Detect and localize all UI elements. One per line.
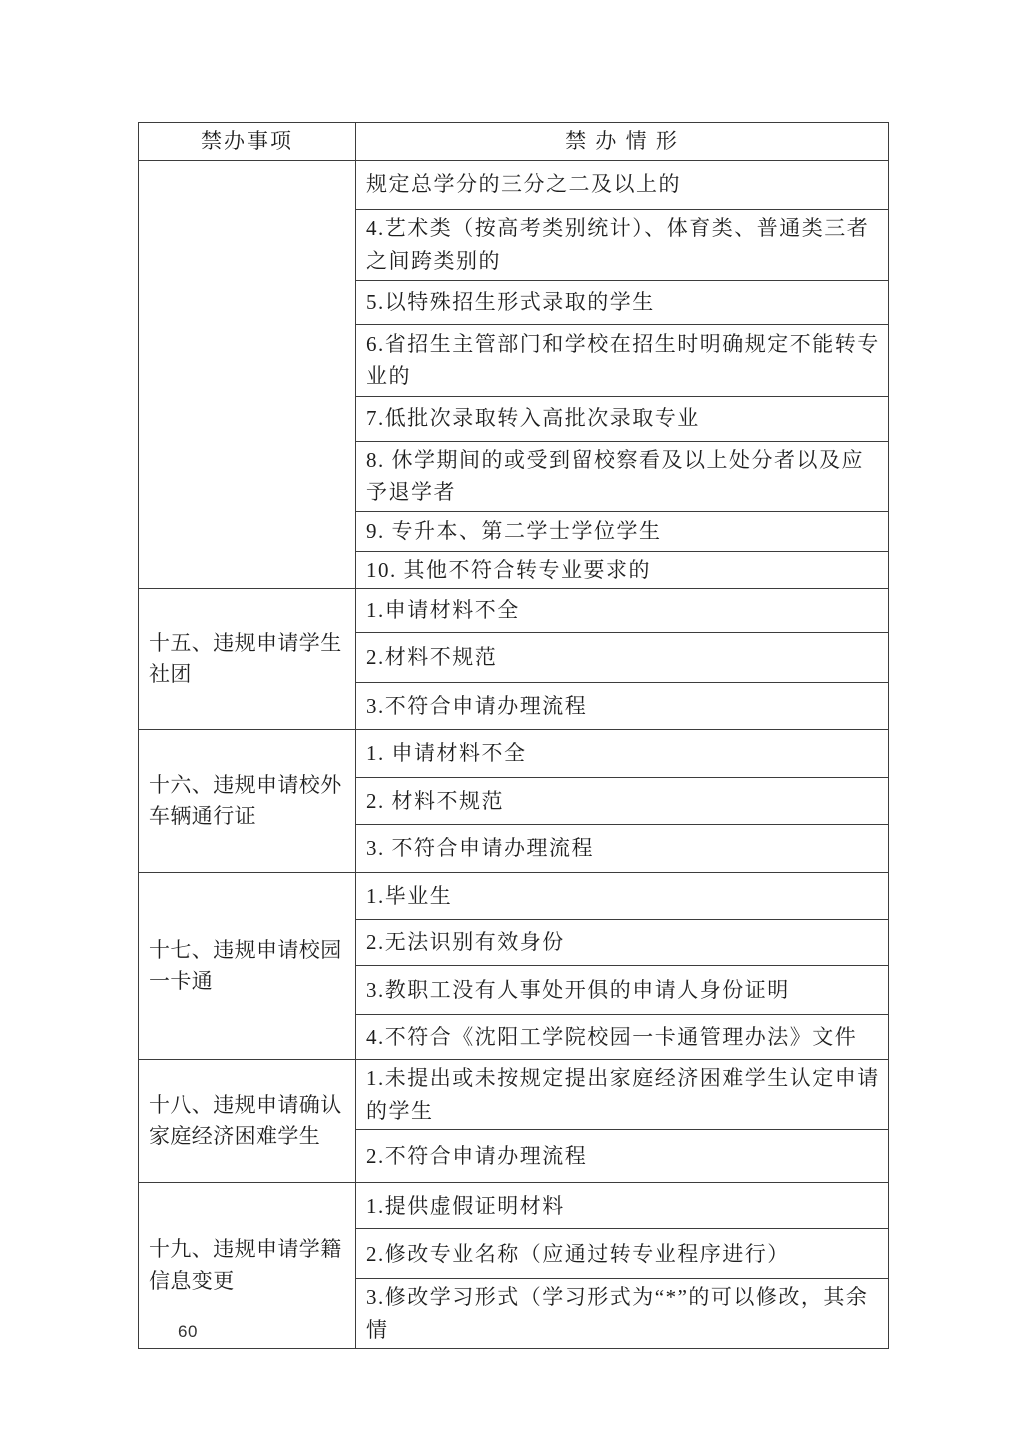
situation-cell: 2.修改专业名称（应通过转专业程序进行） xyxy=(356,1229,889,1279)
situation-cell: 4.艺术类（按高考类别统计）、体育类、普通类三者之间跨类别的 xyxy=(356,209,889,280)
situation-cell: 1.未提出或未按规定提出家庭经济困难学生认定申请的学生 xyxy=(356,1060,889,1130)
situation-cell: 1.申请材料不全 xyxy=(356,589,889,633)
situation-cell: 3. 不符合申请办理流程 xyxy=(356,825,889,873)
situation-cell: 2.材料不规范 xyxy=(356,633,889,683)
situation-cell: 1. 申请材料不全 xyxy=(356,730,889,778)
situation-cell: 10. 其他不符合转专业要求的 xyxy=(356,551,889,589)
situation-cell: 9. 专升本、第二学士学位学生 xyxy=(356,511,889,551)
situation-cell: 2.无法识别有效身份 xyxy=(356,920,889,966)
table-row: 规定总学分的三分之二及以上的 xyxy=(139,160,889,209)
category-cell xyxy=(139,160,356,589)
document-page: 禁办事项 禁 办 情 形 规定总学分的三分之二及以上的 4.艺术类（按高考类别统… xyxy=(0,0,1024,1448)
table-row: 十六、违规申请校外车辆通行证 1. 申请材料不全 xyxy=(139,730,889,778)
page-number: 60 xyxy=(178,1322,198,1342)
situation-cell: 3.修改学习形式（学习形式为“*”的可以修改，其余情 xyxy=(356,1279,889,1349)
table-row: 十九、违规申请学籍信息变更 1.提供虚假证明材料 xyxy=(139,1183,889,1229)
table-row: 十五、违规申请学生社团 1.申请材料不全 xyxy=(139,589,889,633)
situation-cell: 1.提供虚假证明材料 xyxy=(356,1183,889,1229)
situation-cell: 1.毕业生 xyxy=(356,873,889,920)
table-header-row: 禁办事项 禁 办 情 形 xyxy=(139,123,889,161)
situation-cell: 5.以特殊招生形式录取的学生 xyxy=(356,280,889,324)
situation-cell: 2. 材料不规范 xyxy=(356,778,889,825)
prohibition-table: 禁办事项 禁 办 情 形 规定总学分的三分之二及以上的 4.艺术类（按高考类别统… xyxy=(138,122,889,1349)
col-header-situations: 禁 办 情 形 xyxy=(356,123,889,161)
situation-cell: 规定总学分的三分之二及以上的 xyxy=(356,160,889,209)
situation-cell: 3.教职工没有人事处开俱的申请人身份证明 xyxy=(356,966,889,1015)
situation-cell: 8. 休学期间的或受到留校察看及以上处分者以及应予退学者 xyxy=(356,441,889,511)
situation-cell: 2.不符合申请办理流程 xyxy=(356,1130,889,1183)
situation-cell: 7.低批次录取转入高批次录取专业 xyxy=(356,396,889,441)
table-row: 十八、违规申请确认家庭经济困难学生 1.未提出或未按规定提出家庭经济困难学生认定… xyxy=(139,1060,889,1130)
category-cell: 十六、违规申请校外车辆通行证 xyxy=(139,730,356,873)
col-header-items: 禁办事项 xyxy=(139,123,356,161)
category-cell: 十七、违规申请校园一卡通 xyxy=(139,873,356,1060)
category-cell: 十八、违规申请确认家庭经济困难学生 xyxy=(139,1060,356,1183)
category-cell: 十九、违规申请学籍信息变更 xyxy=(139,1183,356,1349)
situation-cell: 4.不符合《沈阳工学院校园一卡通管理办法》文件 xyxy=(356,1015,889,1060)
table-row: 十七、违规申请校园一卡通 1.毕业生 xyxy=(139,873,889,920)
situation-cell: 3.不符合申请办理流程 xyxy=(356,683,889,730)
situation-cell: 6.省招生主管部门和学校在招生时明确规定不能转专业的 xyxy=(356,324,889,396)
category-cell: 十五、违规申请学生社团 xyxy=(139,589,356,730)
